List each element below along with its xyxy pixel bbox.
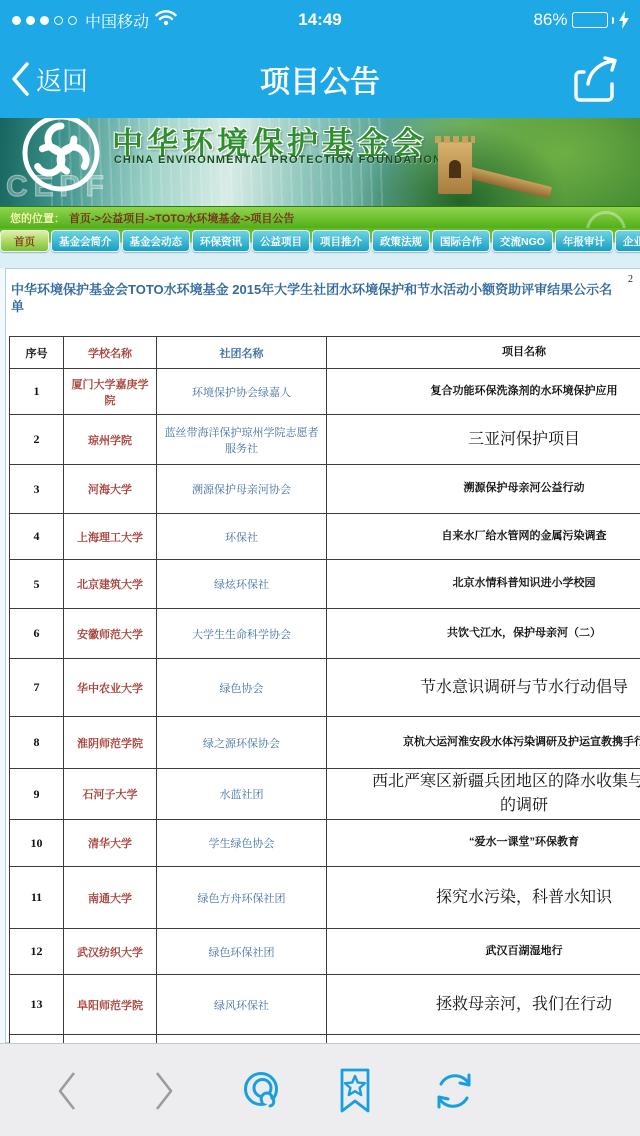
navigation-bar: 返回 项目公告 [0, 40, 640, 118]
battery-indicator: 86% [533, 0, 630, 40]
club-name: 水蓝社团 [157, 769, 327, 819]
refresh-button[interactable] [431, 1068, 475, 1114]
row-number: 10 [10, 820, 64, 866]
school-name: 安徽师范大学 [64, 609, 157, 658]
battery-percent: 86% [533, 10, 567, 30]
club-name: 蓝丝带海洋保护琼州学院志愿者服务社 [157, 415, 327, 464]
school-name: 清华大学 [64, 820, 157, 866]
school-name: 淮阴师范学院 [64, 717, 157, 768]
table-row: 12 武汉纺织大学 绿色环保社团 武汉百湖湿地行 [10, 929, 640, 975]
header-no: 序号 [10, 337, 64, 368]
site-banner: CEPF 中华环境保护基金会 CHINA ENVIRONMENTAL PROTE… [0, 118, 640, 206]
row-number: 8 [10, 717, 64, 768]
school-name: 阜阳师范学院 [64, 975, 157, 1034]
table-header-row: 序号 学校名称 社团名称 项目名称 [10, 337, 640, 369]
club-name: 学生绿色协会 [157, 820, 327, 866]
menu-tab[interactable]: 国际合作 [432, 230, 490, 252]
club-name: 绿炫环保社 [157, 560, 327, 608]
content-zone: 中华环境保护基金会TOTO水环境基金 2015年大学生社团水环境保护和节水活动小… [0, 268, 640, 1043]
table-row: 4 上海理工大学 环保社 自来水厂给水管网的金属污染调查 [10, 514, 640, 560]
club-name: 绿色协会 [157, 659, 327, 716]
club-name: 绿风环保社 [157, 975, 327, 1034]
menu-tab[interactable]: 企业讯息 [615, 230, 640, 252]
breadcrumb-label: 您的位置： [10, 210, 65, 226]
menu-tab[interactable]: 交流NGO [492, 230, 553, 252]
history-back-button[interactable] [46, 1068, 90, 1114]
partial-date-text: 2 [628, 274, 633, 285]
table-row: 9 石河子大学 水蓝社团 西北严寒区新疆兵团地区的降水收集与利用 的调研 [10, 769, 640, 820]
row-number: 5 [10, 560, 64, 608]
project-name: “爱水一课堂”环保教育 [327, 820, 640, 866]
club-name: 绿色环保社团 [157, 929, 327, 974]
chevron-left-icon [46, 1068, 90, 1114]
project-name: 自来水厂给水管网的金属污染调查 [327, 514, 640, 559]
table-row: 8 淮阴师范学院 绿之源环保协会 京杭大运河淮安段水体污染调研及护运宣教携手行 [10, 717, 640, 769]
share-icon [570, 54, 622, 106]
menu-tab[interactable]: 基金会动态 [122, 230, 191, 252]
menu-tab[interactable]: 年报审计 [555, 230, 613, 252]
row-number: 1 [10, 369, 64, 414]
header-school: 学校名称 [64, 337, 157, 368]
project-name: 北京水情科普知识进小学校园 [327, 560, 640, 608]
results-table: 序号 学校名称 社团名称 项目名称 1 厦门大学嘉庚学院 环境保护协会绿嘉人 复… [9, 336, 640, 1045]
status-bar: 中国移动 14:49 86% [0, 0, 640, 40]
table-row: 2 琼州学院 蓝丝带海洋保护琼州学院志愿者服务社 三亚河保护项目 [10, 415, 640, 465]
table-row: 5 北京建筑大学 绿炫环保社 北京水情科普知识进小学校园 [10, 560, 640, 609]
school-name: 上海理工大学 [64, 514, 157, 559]
table-row: 10 清华大学 学生绿色协会 “爱水一课堂”环保教育 [10, 820, 640, 867]
great-wall-graphic [462, 165, 552, 198]
project-name: 探究水污染，科普水知识 [327, 867, 640, 928]
org-name-en: CHINA ENVIRONMENTAL PROTECTION FOUNDATIO… [114, 154, 442, 166]
table-row: 1 厦门大学嘉庚学院 环境保护协会绿嘉人 复合功能环保洗涤剂的水环境保护应用 [10, 369, 640, 415]
history-forward-button[interactable] [141, 1068, 185, 1114]
header-club: 社团名称 [157, 337, 327, 368]
bookmark-star-icon [335, 1068, 375, 1114]
school-name: 华中农业大学 [64, 659, 157, 716]
club-name: 溯源保护母亲河协会 [157, 465, 327, 513]
foundation-logo-icon [18, 118, 104, 196]
menu-tab[interactable]: 公益项目 [252, 230, 310, 252]
row-number: 9 [10, 769, 64, 819]
row-number: 2 [10, 415, 64, 464]
top-chrome: 中国移动 14:49 86% 返回 项目公告 [0, 0, 640, 118]
row-number: 4 [10, 514, 64, 559]
school-name: 北京建筑大学 [64, 560, 157, 608]
breadcrumb-path[interactable]: 首页->公益项目->TOTO水环境基金->项目公告 [69, 210, 294, 226]
table-row: 11 南通大学 绿色方舟环保社团 探究水污染，科普水知识 [10, 867, 640, 929]
project-name: 三亚河保护项目 [327, 415, 640, 464]
header-project: 项目名称 [327, 337, 640, 368]
great-wall-tower-graphic [438, 142, 472, 194]
chevron-right-icon [141, 1068, 185, 1114]
browser-home-button[interactable] [238, 1068, 282, 1114]
charging-bolt-icon [618, 11, 630, 29]
breadcrumb: 您的位置： 首页->公益项目->TOTO水环境基金->项目公告 [0, 206, 640, 229]
club-name: 绿之源环保协会 [157, 717, 327, 768]
share-button[interactable] [570, 54, 622, 106]
school-name: 武汉纺织大学 [64, 929, 157, 974]
bookmarks-button[interactable] [335, 1068, 379, 1114]
project-name: 西北严寒区新疆兵团地区的降水收集与利用 的调研 [327, 769, 640, 819]
menu-tab[interactable]: 首页 [0, 230, 49, 252]
row-number: 12 [10, 929, 64, 974]
breadcrumb-deco-circle [586, 211, 626, 229]
row-number: 3 [10, 465, 64, 513]
menu-tab[interactable]: 政策法规 [372, 230, 430, 252]
project-name: 拯救母亲河，我们在行动 [327, 975, 640, 1034]
browser-toolbar [0, 1043, 640, 1136]
table-body: 1 厦门大学嘉庚学院 环境保护协会绿嘉人 复合功能环保洗涤剂的水环境保护应用 2… [10, 369, 640, 1035]
school-name: 南通大学 [64, 867, 157, 928]
school-name: 琼州学院 [64, 415, 157, 464]
project-name: 溯源保护母亲河公益行动 [327, 465, 640, 513]
row-number: 6 [10, 609, 64, 658]
menu-substrip [0, 254, 640, 268]
table-row: 3 河海大学 溯源保护母亲河协会 溯源保护母亲河公益行动 [10, 465, 640, 514]
table-row: 13 阜阳师范学院 绿风环保社 拯救母亲河，我们在行动 [10, 975, 640, 1035]
content-box: 中华环境保护基金会TOTO水环境基金 2015年大学生社团水环境保护和节水活动小… [5, 268, 640, 1043]
row-number: 7 [10, 659, 64, 716]
battery-icon [572, 12, 608, 28]
project-name: 京杭大运河淮安段水体污染调研及护运宣教携手行 [327, 717, 640, 768]
club-name: 环保社 [157, 514, 327, 559]
menu-tab[interactable]: 基金会简介 [51, 230, 120, 252]
announcement-title: 中华环境保护基金会TOTO水环境基金 2015年大学生社团水环境保护和节水活动小… [11, 281, 617, 315]
row-number: 13 [10, 975, 64, 1034]
club-name: 环境保护协会绿嘉人 [157, 369, 327, 414]
menu-tab[interactable]: 环保资讯 [192, 230, 250, 252]
project-name: 节水意识调研与节水行动倡导 [327, 659, 640, 716]
club-name: 大学生生命科学协会 [157, 609, 327, 658]
table-row: 6 安徽师范大学 大学生生命科学协会 共饮弋江水，保护母亲河（二） [10, 609, 640, 659]
page-title: 项目公告 [0, 40, 640, 118]
site-menu: 首页 基金会简介 基金会动态 环保资讯 公益项目 项目推介 政策法规 国际合作 … [0, 228, 640, 254]
project-name: 复合功能环保洗涤剂的水环境保护应用 [327, 369, 640, 414]
club-name: 绿色方舟环保社团 [157, 867, 327, 928]
school-name: 石河子大学 [64, 769, 157, 819]
table-row: 7 华中农业大学 绿色协会 节水意识调研与节水行动倡导 [10, 659, 640, 717]
school-name: 河海大学 [64, 465, 157, 513]
project-name: 共饮弋江水，保护母亲河（二） [327, 609, 640, 658]
project-name: 武汉百湖湿地行 [327, 929, 640, 974]
row-number: 11 [10, 867, 64, 928]
menu-tab[interactable]: 项目推介 [312, 230, 370, 252]
school-name: 厦门大学嘉庚学院 [64, 369, 157, 414]
refresh-icon [431, 1068, 477, 1114]
qq-browser-icon [238, 1068, 284, 1114]
